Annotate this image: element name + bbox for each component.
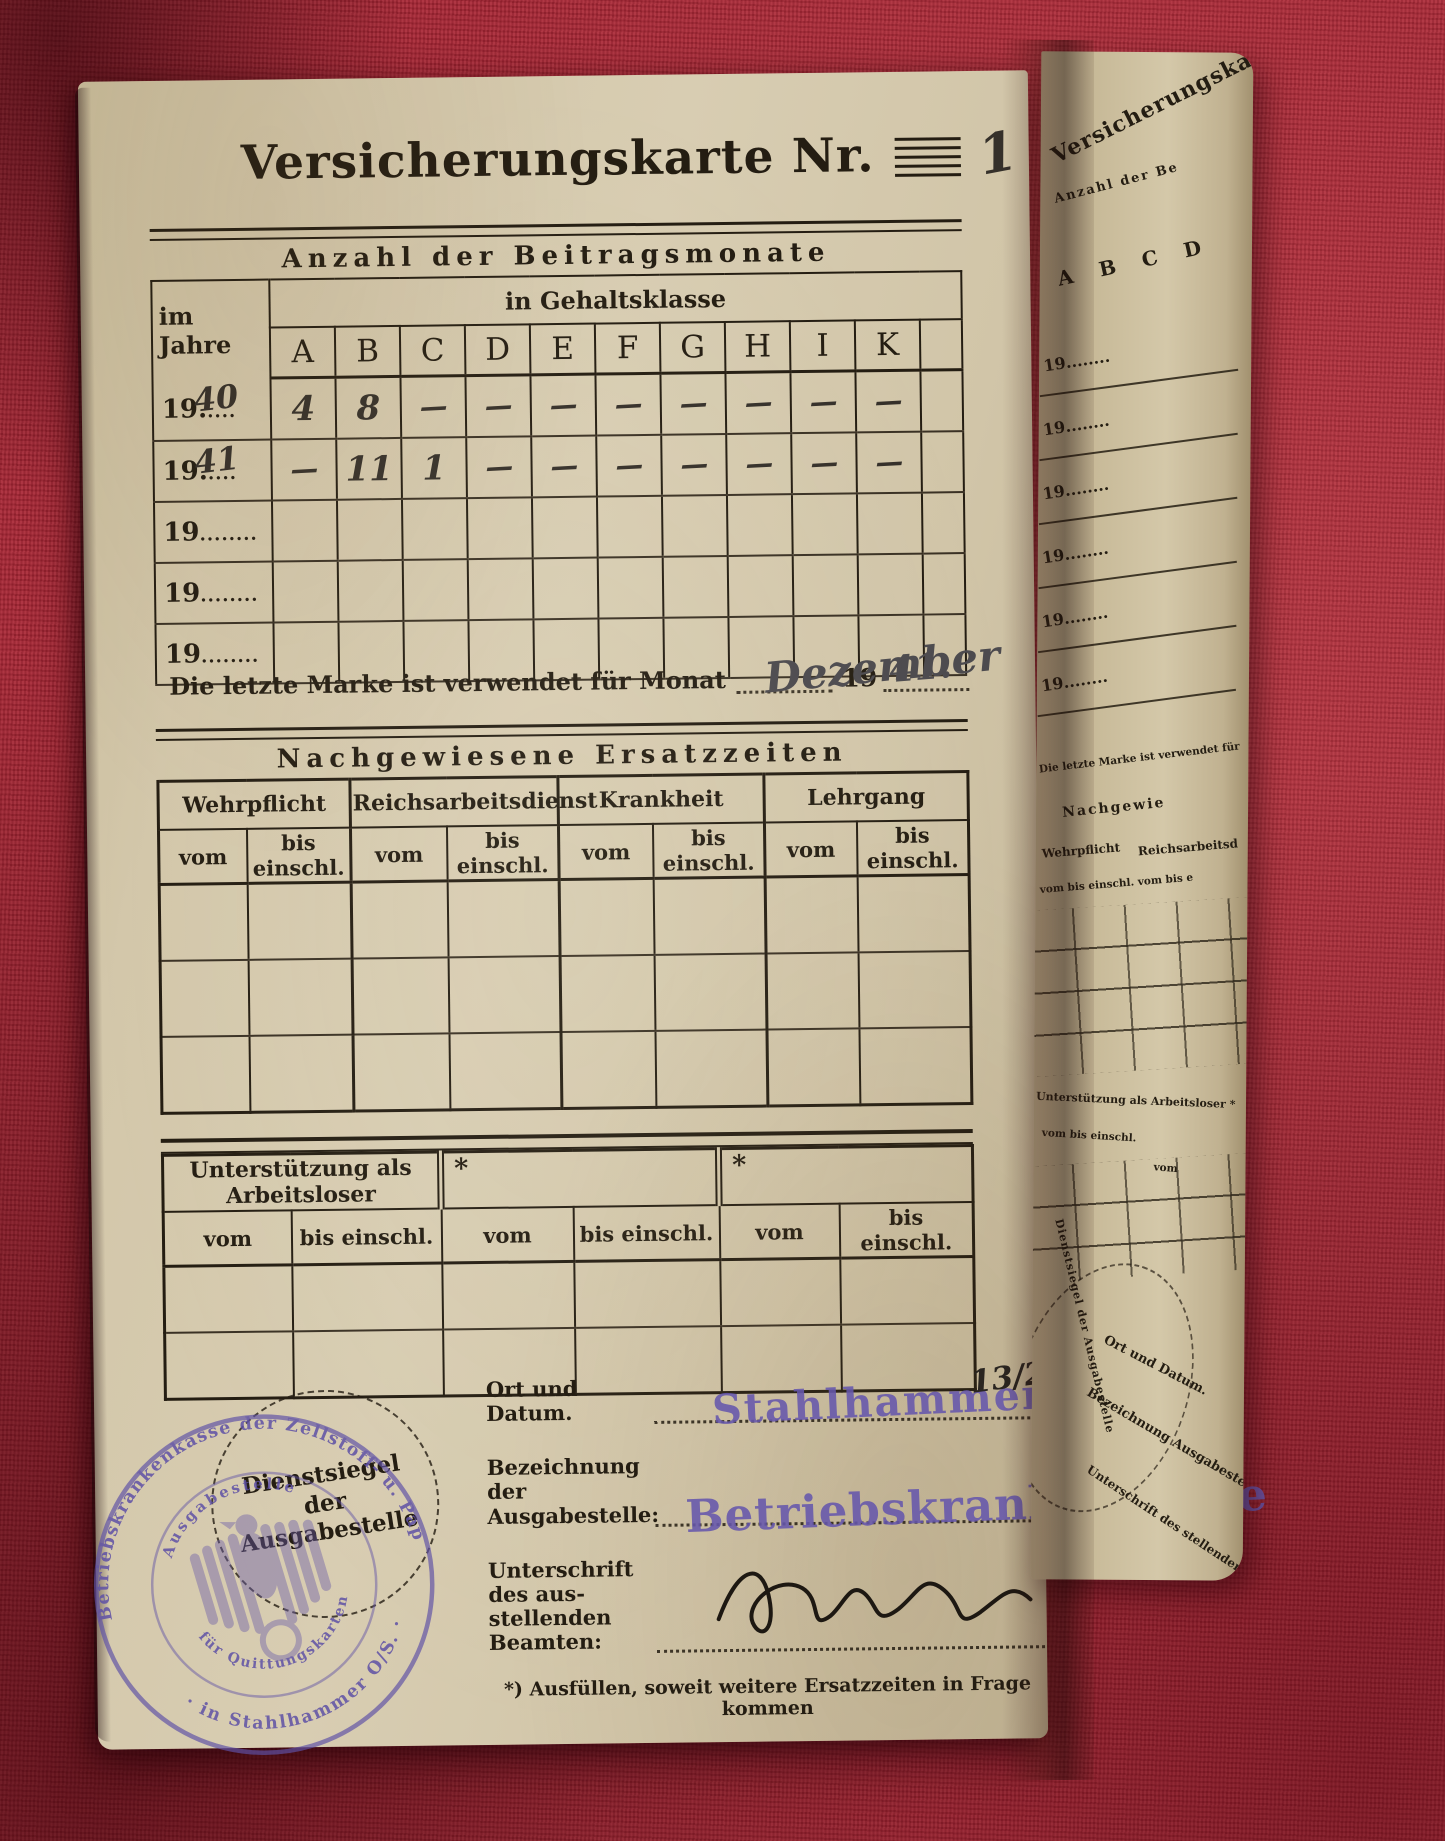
month-count-cell (467, 497, 533, 559)
month-count-cell (793, 554, 859, 616)
month-count-handwritten: 8 (356, 388, 380, 428)
subcol-vom: vom (441, 1207, 574, 1263)
empty-cell (351, 881, 448, 959)
svg-text:· in Stahlhammer O/S. ·: · in Stahlhammer O/S. · (173, 1611, 429, 1760)
month-count-cell: – (855, 370, 921, 432)
dotted-line (657, 1615, 1045, 1653)
year-row: 19........ (155, 553, 966, 624)
month-count-cell: – (790, 371, 856, 433)
empty-cell (352, 957, 449, 1034)
empty-data-row (161, 1027, 972, 1113)
month-count-cell: 4 (270, 377, 336, 439)
empty-cell (249, 1035, 354, 1113)
rp-unterstuetzung-fragment: Unterstützung als Arbeitsloser * (1036, 1090, 1236, 1111)
empty-cell (766, 952, 859, 1029)
empty-data-row (159, 875, 970, 961)
label-line: Unterschrift des aus- (488, 1556, 634, 1607)
rp-row-rule (1038, 561, 1237, 589)
month-count-cell (923, 553, 966, 615)
label-line: stellenden Beamten: (488, 1604, 611, 1655)
month-count-cell (403, 559, 469, 621)
contributions-table: im Jahrein GehaltsklasseABCDEFGHIK19....… (150, 270, 967, 686)
month-count-cell: – (466, 436, 532, 498)
signature-row: Unterschrift des aus- stellenden Beamten… (488, 1552, 1045, 1655)
month-count-cell (402, 498, 468, 560)
month-count-cell: – (856, 432, 922, 494)
empty-cell (247, 882, 352, 960)
empty-cell (160, 960, 249, 1037)
empty-cell (449, 1032, 562, 1110)
dash-mark: – (674, 386, 712, 422)
subcol-bis-einschl: bis einschl. (652, 823, 765, 879)
empty-cell (442, 1261, 575, 1329)
month-count-cell: – (465, 375, 531, 437)
year-cell: 19.....40 (152, 378, 271, 441)
month-count-handwritten: 4 (291, 388, 315, 428)
rp-nachgewiesen-fragment: Nachgewie (1062, 795, 1167, 821)
month-count-cell (858, 554, 924, 616)
rp-year-label: 19........ (1040, 667, 1109, 696)
dash-mark: – (869, 383, 907, 419)
month-count-cell: – (271, 439, 337, 501)
subcol-bis-einschl: bis einschl. (839, 1202, 974, 1258)
month-count-cell: – (531, 436, 597, 498)
rp-subcols: vom bis einschl. vom bis e (1039, 872, 1193, 896)
month-count-cell (598, 557, 664, 619)
year-row: 19........ (154, 492, 965, 563)
rp-letzte-fragment: Die letzte Marke ist verwendet für (1038, 740, 1240, 775)
ruled-line (895, 173, 961, 177)
month-count-cell (273, 561, 339, 623)
empty-cell (292, 1263, 443, 1331)
rp-year-label: 19........ (1041, 475, 1110, 504)
rp-subcols2: vom bis einschl. (1041, 1127, 1136, 1145)
class-letter: H (725, 321, 791, 372)
class-letter: A (270, 327, 336, 378)
month-count-cell (337, 499, 403, 561)
dash-mark: – (805, 445, 843, 481)
dash-mark: – (545, 448, 583, 484)
dotted-line: Stahlhammer 13/2.42 (654, 1386, 1042, 1424)
year-row: 19.....4048–––––––– (152, 370, 963, 441)
class-letter: B (335, 326, 401, 377)
class-letter: I (790, 320, 856, 371)
unemployment-table: Unterstützung als Arbeitsloser**vombis e… (161, 1144, 977, 1401)
month-count-cell (728, 555, 794, 617)
page-title: Versicherungskarte Nr. (241, 128, 875, 191)
empty-cell (767, 1028, 860, 1106)
ersatzzeiten-table: WehrpflichtReichsarbeitsdienstKrankheitL… (156, 770, 973, 1115)
card-number-ruled-lines: 1 (894, 137, 961, 183)
rp-table-grid (1031, 897, 1254, 1077)
empty-cell (448, 956, 561, 1033)
month-count-cell (597, 496, 663, 558)
year-row: 19.....41–111––––––– (153, 431, 964, 502)
subcol-vom: vom (163, 1210, 292, 1266)
month-count-cell: – (660, 372, 726, 434)
place-date-row: Ort und Datum. Stahlhammer 13/2.42 (486, 1371, 1043, 1426)
signature (710, 1541, 1051, 1649)
dash-mark: – (739, 385, 777, 421)
dash-mark: – (804, 384, 842, 420)
ruled-line (895, 164, 961, 168)
dash-mark: – (609, 386, 647, 422)
contribution-months-section: Anzahl der Beitragsmonate im Jahrein Geh… (150, 219, 968, 686)
group-header-row: Unterstützung als Arbeitsloser** (162, 1146, 973, 1212)
rp-year-label: 19........ (1041, 539, 1110, 568)
purple-ink-stamp: Betriebskrankenkasse der Zellstoff- u. P… (40, 1361, 488, 1809)
month-count-cell: – (595, 373, 661, 435)
month-count-cell (922, 492, 965, 554)
empty-cell (653, 877, 766, 955)
empty-cell (353, 1033, 450, 1111)
office-name-label: Bezeichnung der Ausgabestelle: (487, 1454, 656, 1528)
month-count-cell (468, 558, 534, 620)
class-letter: E (530, 324, 596, 375)
month-count-handwritten: 11 (345, 449, 393, 490)
dotted-line: Betriebskrankenkasse (655, 1489, 1043, 1527)
month-count-cell (792, 493, 858, 555)
rp-group-wehrpflicht: Wehrpflicht (1041, 840, 1120, 860)
ersatz-group-header: Lehrgang (764, 772, 969, 823)
empty-cell (559, 878, 654, 956)
dash-mark: – (675, 447, 713, 483)
insurance-card-page: Versicherungskarte Nr. 1 Anzahl der Beit… (78, 70, 1048, 1749)
col-header-im-jahre: im Jahre (151, 280, 270, 380)
col-group-gehaltsklasse: in Gehaltsklasse (269, 271, 962, 327)
rp-year-label: 19........ (1042, 411, 1111, 440)
dash-mark: – (285, 451, 323, 487)
rp-class-letters: A B C D (1055, 233, 1213, 291)
rp-year-label: 19........ (1042, 347, 1111, 376)
class-letter: D (465, 324, 531, 375)
unemployment-group-header: Unterstützung als Arbeitsloser (162, 1152, 441, 1212)
month-count-cell (662, 495, 728, 557)
dash-mark: – (740, 446, 778, 482)
month-count-cell (533, 558, 599, 620)
rp-table-grid (1031, 1153, 1254, 1283)
month-count-cell: 1 (401, 437, 467, 499)
ruled-line (894, 137, 960, 141)
footer-block: Dienstsiegel der Ausgabestelle (94, 1365, 1048, 1749)
right-partial-page: VersicherungskarAnzahl der BeA B C DDie … (1031, 51, 1254, 1580)
subcol-bis-einschl: bis einschl. (246, 828, 351, 884)
asterisk-group-header: * (440, 1149, 719, 1209)
month-count-cell: – (791, 432, 857, 494)
month-count-cell: – (725, 372, 791, 434)
asterisk-group-header: * (718, 1146, 973, 1206)
class-letter: F (595, 323, 661, 374)
empty-cell (560, 955, 655, 1032)
empty-cell (765, 876, 858, 954)
rp-group-reichsarbeitsdienst: Reichsarbeitsd (1137, 836, 1238, 858)
rp-row-rule (1040, 369, 1239, 397)
label-line: Ort und (486, 1376, 578, 1402)
ersatz-group-header: Reichsarbeitsdienst (350, 777, 559, 828)
empty-cell (161, 1036, 250, 1114)
month-count-cell: 8 (335, 376, 401, 438)
month-count-cell (857, 493, 923, 555)
dotted-line: 41. (883, 654, 969, 692)
title-block: Versicherungskarte Nr. 1 (149, 127, 962, 221)
year-cell: 19........ (154, 501, 273, 563)
empty-cell (561, 1031, 656, 1109)
month-count-cell: – (596, 435, 662, 497)
label-line: Bezeichnung der (487, 1453, 640, 1504)
subcol-vom: vom (158, 829, 247, 885)
year-handwritten: 41 (192, 440, 241, 482)
empty-cell (857, 875, 970, 953)
place-date-label: Ort und Datum. (486, 1376, 655, 1426)
subcol-vom: vom (764, 821, 857, 877)
year-handwritten: 41. (887, 644, 953, 691)
empty-cell (248, 959, 353, 1036)
rp-anzahl-fragment: Anzahl der Be (1053, 160, 1181, 207)
subcol-bis-einschl: bis einschl. (573, 1205, 720, 1261)
dash-mark: – (870, 444, 908, 480)
month-count-cell: – (726, 433, 792, 495)
class-letter: K (855, 320, 921, 371)
empty-cell (447, 880, 560, 958)
month-count-cell (920, 370, 963, 432)
rp-year-label: 19........ (1040, 603, 1109, 632)
subcol-vom: vom (350, 826, 447, 882)
month-count-cell (338, 560, 404, 622)
subcol-header-row: vombis einschl.vombis einschl.vombis ein… (163, 1202, 974, 1266)
empty-cell (159, 883, 248, 961)
rp-row-rule (1038, 689, 1237, 717)
empty-cell (655, 1030, 768, 1108)
ruled-line (894, 146, 960, 150)
subcol-header-row: vombis einschl.vombis einschl.vombis ein… (158, 820, 969, 884)
year-handwritten: 40 (192, 378, 241, 419)
label-line: Ausgabestelle: (487, 1501, 659, 1528)
month-count-cell (663, 556, 729, 618)
dash-mark: – (479, 388, 517, 424)
dash-mark: – (414, 389, 452, 425)
empty-cell (164, 1265, 293, 1333)
month-count-cell: – (530, 374, 596, 436)
footnote: *) Ausfüllen, soweit weitere Ersatzzeite… (489, 1672, 1045, 1723)
unemployment-section: Unterstützung als Arbeitsloser**vombis e… (161, 1129, 976, 1401)
subcol-bis-einschl: bis einschl. (446, 825, 559, 881)
month-count-cell: – (661, 434, 727, 496)
signature-label: Unterschrift des aus- stellenden Beamten… (488, 1557, 657, 1656)
dash-mark: – (610, 447, 648, 483)
month-count-cell (727, 494, 793, 556)
rp-row-rule (1038, 625, 1237, 653)
ersatz-group-header: Wehrpflicht (158, 779, 351, 830)
issuing-fields: Ort und Datum. Stahlhammer 13/2.42 Bezei… (486, 1371, 1046, 1723)
empty-cell (859, 1027, 972, 1105)
card-number-handwritten: 1 (973, 118, 1022, 188)
rp-row-rule (1039, 497, 1238, 525)
dash-mark: – (480, 449, 518, 485)
office-name-row: Bezeichnung der Ausgabestelle: Betriebsk… (487, 1449, 1044, 1528)
empty-data-row (164, 1257, 975, 1333)
month-count-cell (272, 500, 338, 562)
month-count-handwritten: 1 (422, 448, 446, 488)
subcol-bis-einschl: bis einschl. (291, 1209, 442, 1265)
empty-cell (574, 1260, 721, 1328)
year-cell: 19.....41 (153, 440, 272, 502)
label-line: Datum. (486, 1400, 573, 1426)
month-count-cell: – (400, 376, 466, 438)
empty-cell (720, 1258, 841, 1326)
class-letter-tail (920, 319, 963, 370)
stamp-ring-bottom-text: · in Stahlhammer O/S. · (173, 1611, 429, 1760)
rp-title-fragment: Versicherungskar (1047, 51, 1253, 169)
subcol-bis-einschl: bis einschl. (856, 820, 969, 876)
month-count-cell (532, 497, 598, 559)
empty-cell (858, 951, 971, 1028)
subcol-vom: vom (558, 824, 653, 880)
dash-mark: – (544, 387, 582, 423)
photo-scene: Versicherungskarte Nr. 1 Anzahl der Beit… (0, 0, 1445, 1841)
class-letter: C (400, 325, 466, 376)
last-stamp-label: Die letzte Marke ist verwendet für Monat (169, 665, 726, 701)
ersatzzeiten-section: Nachgewiesene Ersatzzeiten WehrpflichtRe… (156, 719, 973, 1115)
empty-cell (654, 954, 767, 1031)
rp-row-rule (1039, 433, 1238, 461)
year-cell: 19........ (155, 562, 274, 624)
month-count-cell: 11 (336, 438, 402, 500)
subcol-vom: vom (719, 1204, 840, 1260)
month-count-cell (921, 431, 964, 493)
ruled-line (895, 155, 961, 159)
empty-data-row (160, 951, 971, 1037)
class-letter: G (660, 322, 726, 373)
empty-cell (840, 1257, 975, 1325)
dotted-line: Dezember (736, 656, 833, 694)
